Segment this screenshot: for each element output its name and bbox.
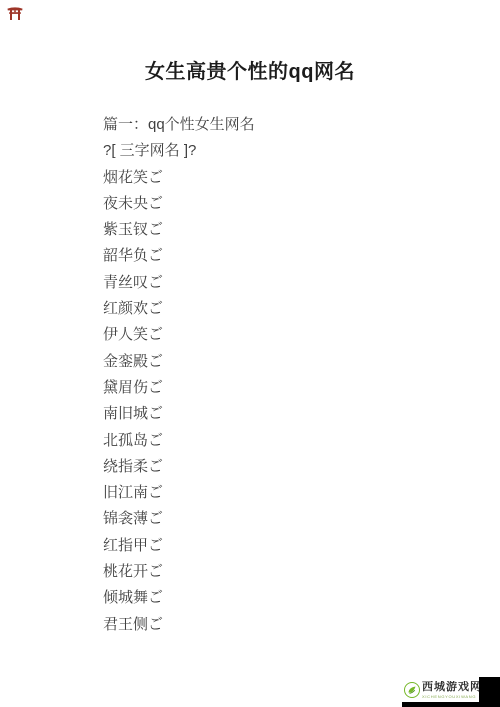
name-item: 金銮殿ご xyxy=(103,349,500,375)
name-item: 桃花开ご xyxy=(103,559,500,585)
name-item: 黛眉伤ご xyxy=(103,375,500,401)
page-title: 女生高贵个性的qq网名 xyxy=(0,0,500,84)
name-item: 韶华负ご xyxy=(103,243,500,269)
name-item: 夜未央ご xyxy=(103,191,500,217)
watermark-box: 西城游戏网 XICHENGYOUXIWANG xyxy=(402,677,479,702)
name-item: 青丝叹ご xyxy=(103,270,500,296)
name-list: 烟花笑ご夜未央ご紫玉钗ご韶华负ご青丝叹ご红颜欢ご伊人笑ご金銮殿ご黛眉伤ご南旧城ご… xyxy=(103,165,500,638)
name-item: 北孤岛ご xyxy=(103,428,500,454)
watermark-site-name: 西城游戏网 xyxy=(422,681,479,694)
list-header: ?[ 三字网名 ]? xyxy=(103,138,500,164)
watermark: 西城游戏网 XICHENGYOUXIWANG xyxy=(402,677,500,707)
name-item: 伊人笑ご xyxy=(103,322,500,348)
name-item: 烟花笑ご xyxy=(103,165,500,191)
name-item: 旧江南ご xyxy=(103,480,500,506)
name-item: 南旧城ご xyxy=(103,401,500,427)
name-item: 倾城舞ご xyxy=(103,585,500,611)
name-item: 绕指柔ご xyxy=(103,454,500,480)
name-item: 锦衾薄ご xyxy=(103,506,500,532)
watermark-text-col: 西城游戏网 XICHENGYOUXIWANG xyxy=(422,681,479,699)
torii-seal-icon xyxy=(7,6,23,20)
document-page: 女生高贵个性的qq网名 篇一：qq个性女生网名 ?[ 三字网名 ]? 烟花笑ご夜… xyxy=(0,0,500,707)
name-item: 红指甲ご xyxy=(103,533,500,559)
section-heading: 篇一：qq个性女生网名 xyxy=(103,112,500,138)
name-item: 紫玉钗ご xyxy=(103,217,500,243)
name-item: 君王侧ご xyxy=(103,612,500,638)
site-logo-icon xyxy=(404,682,420,698)
name-item: 红颜欢ご xyxy=(103,296,500,322)
watermark-tagline: XICHENGYOUXIWANG xyxy=(422,694,479,699)
article-body: 篇一：qq个性女生网名 ?[ 三字网名 ]? 烟花笑ご夜未央ご紫玉钗ご韶华负ご青… xyxy=(103,112,500,638)
